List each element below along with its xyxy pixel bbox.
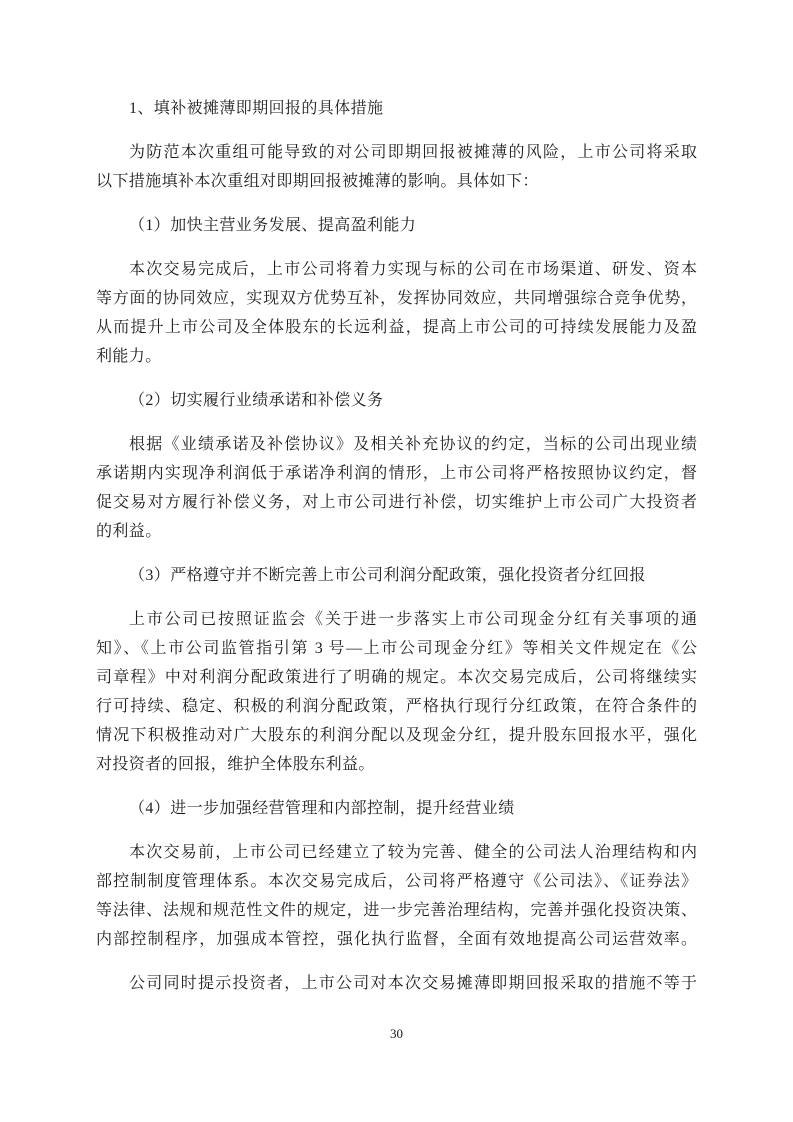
text-line: 内部控制程序，加强成本管控，强化执行监督，全面有效地提高公司运营效率。 [96, 925, 697, 954]
text-line: 部控制制度管理体系。本次交易完成后，公司将严格遵守《公司法》、《证券法》 [96, 867, 697, 896]
measure-2-heading: （2）切实履行业绩承诺和补偿义务 [96, 386, 697, 415]
text-line: 为防范本次重组可能导致的对公司即期回报被摊薄的风险，上市公司将采取 [96, 138, 697, 167]
text-line: 促交易对方履行补偿义务，对上市公司进行补偿，切实维护上市公司广大投资者 [96, 488, 697, 517]
text-line: 对投资者的回报，维护全体股东利益。 [96, 750, 697, 779]
measure-3-heading-text: （3）严格遵守并不断完善上市公司利润分配政策，强化投资者分红回报 [96, 561, 697, 590]
text-line: 情况下积极推动对广大股东的利润分配以及现金分红，提升股东回报水平，强化 [96, 721, 697, 750]
text-line: 利能力。 [96, 342, 697, 371]
text-line: 行可持续、稳定、积极的利润分配政策，严格执行现行分红政策，在符合条件的 [96, 692, 697, 721]
document-page: 1、填补被摊薄即期回报的具体措施 为防范本次重组可能导致的对公司即期回报被摊薄的… [0, 0, 793, 1122]
text-line: 司章程》中对利润分配政策进行了明确的规定。本次交易完成后，公司将继续实 [96, 663, 697, 692]
measure-1-heading: （1）加快主营业务发展、提高盈利能力 [96, 211, 697, 240]
measure-2-paragraph: 根据《业绩承诺及补偿协议》及相关补充协议的约定，当标的公司出现业绩 承诺期内实现… [96, 430, 697, 546]
closing-paragraph: 公司同时提示投资者，上市公司对本次交易摊薄即期回报采取的措施不等于 [96, 969, 697, 998]
measure-2-heading-text: （2）切实履行业绩承诺和补偿义务 [96, 386, 697, 415]
measure-4-heading: （4）进一步加强经营管理和内部控制，提升经营业绩 [96, 794, 697, 823]
text-line: 知》、《上市公司监管指引第 3 号—上市公司现金分红》等相关文件规定在《公 [96, 634, 697, 663]
text-line: 的利益。 [96, 517, 697, 546]
text-line: 以下措施填补本次重组对即期回报被摊薄的影响。具体如下： [96, 167, 697, 196]
section-title-text: 1、填补被摊薄即期回报的具体措施 [96, 94, 697, 123]
measure-4-heading-text: （4）进一步加强经营管理和内部控制，提升经营业绩 [96, 794, 697, 823]
section-title: 1、填补被摊薄即期回报的具体措施 [96, 94, 697, 123]
measure-3-heading: （3）严格遵守并不断完善上市公司利润分配政策，强化投资者分红回报 [96, 561, 697, 590]
text-line: 本次交易完成后，上市公司将着力实现与标的公司在市场渠道、研发、资本 [96, 255, 697, 284]
text-line: 公司同时提示投资者，上市公司对本次交易摊薄即期回报采取的措施不等于 [96, 969, 697, 998]
text-line: 根据《业绩承诺及补偿协议》及相关补充协议的约定，当标的公司出现业绩 [96, 430, 697, 459]
text-line: 上市公司已按照证监会《关于进一步落实上市公司现金分红有关事项的通 [96, 605, 697, 634]
page-number: 30 [0, 1026, 793, 1042]
page-content: 1、填补被摊薄即期回报的具体措施 为防范本次重组可能导致的对公司即期回报被摊薄的… [96, 94, 697, 1013]
measure-3-paragraph: 上市公司已按照证监会《关于进一步落实上市公司现金分红有关事项的通 知》、《上市公… [96, 605, 697, 779]
text-line: 从而提升上市公司及全体股东的长远利益，提高上市公司的可持续发展能力及盈 [96, 313, 697, 342]
measure-1-heading-text: （1）加快主营业务发展、提高盈利能力 [96, 211, 697, 240]
text-line: 等法律、法规和规范性文件的规定，进一步完善治理结构，完善并强化投资决策、 [96, 896, 697, 925]
text-line: 等方面的协同效应，实现双方优势互补，发挥协同效应，共同增强综合竞争优势， [96, 284, 697, 313]
text-line: 承诺期内实现净利润低于承诺净利润的情形，上市公司将严格按照协议约定，督 [96, 459, 697, 488]
measure-4-paragraph: 本次交易前，上市公司已经建立了较为完善、健全的公司法人治理结构和内 部控制制度管… [96, 838, 697, 954]
text-line: 本次交易前，上市公司已经建立了较为完善、健全的公司法人治理结构和内 [96, 838, 697, 867]
measure-1-paragraph: 本次交易完成后，上市公司将着力实现与标的公司在市场渠道、研发、资本 等方面的协同… [96, 255, 697, 371]
intro-paragraph: 为防范本次重组可能导致的对公司即期回报被摊薄的风险，上市公司将采取 以下措施填补… [96, 138, 697, 196]
